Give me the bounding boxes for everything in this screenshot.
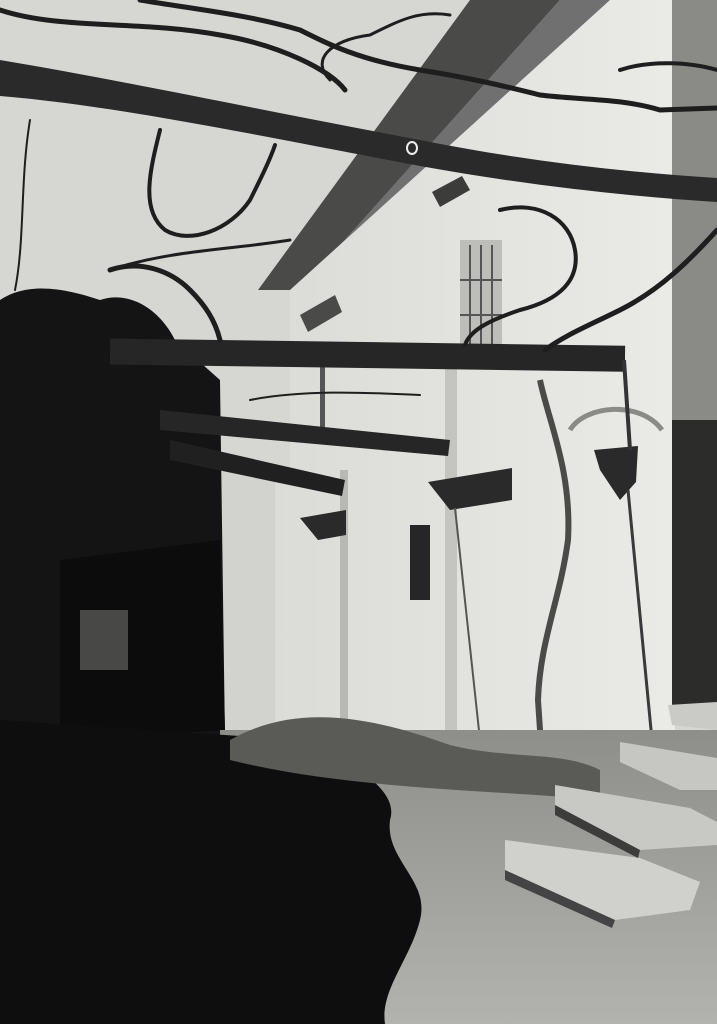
photograph — [0, 0, 717, 1024]
